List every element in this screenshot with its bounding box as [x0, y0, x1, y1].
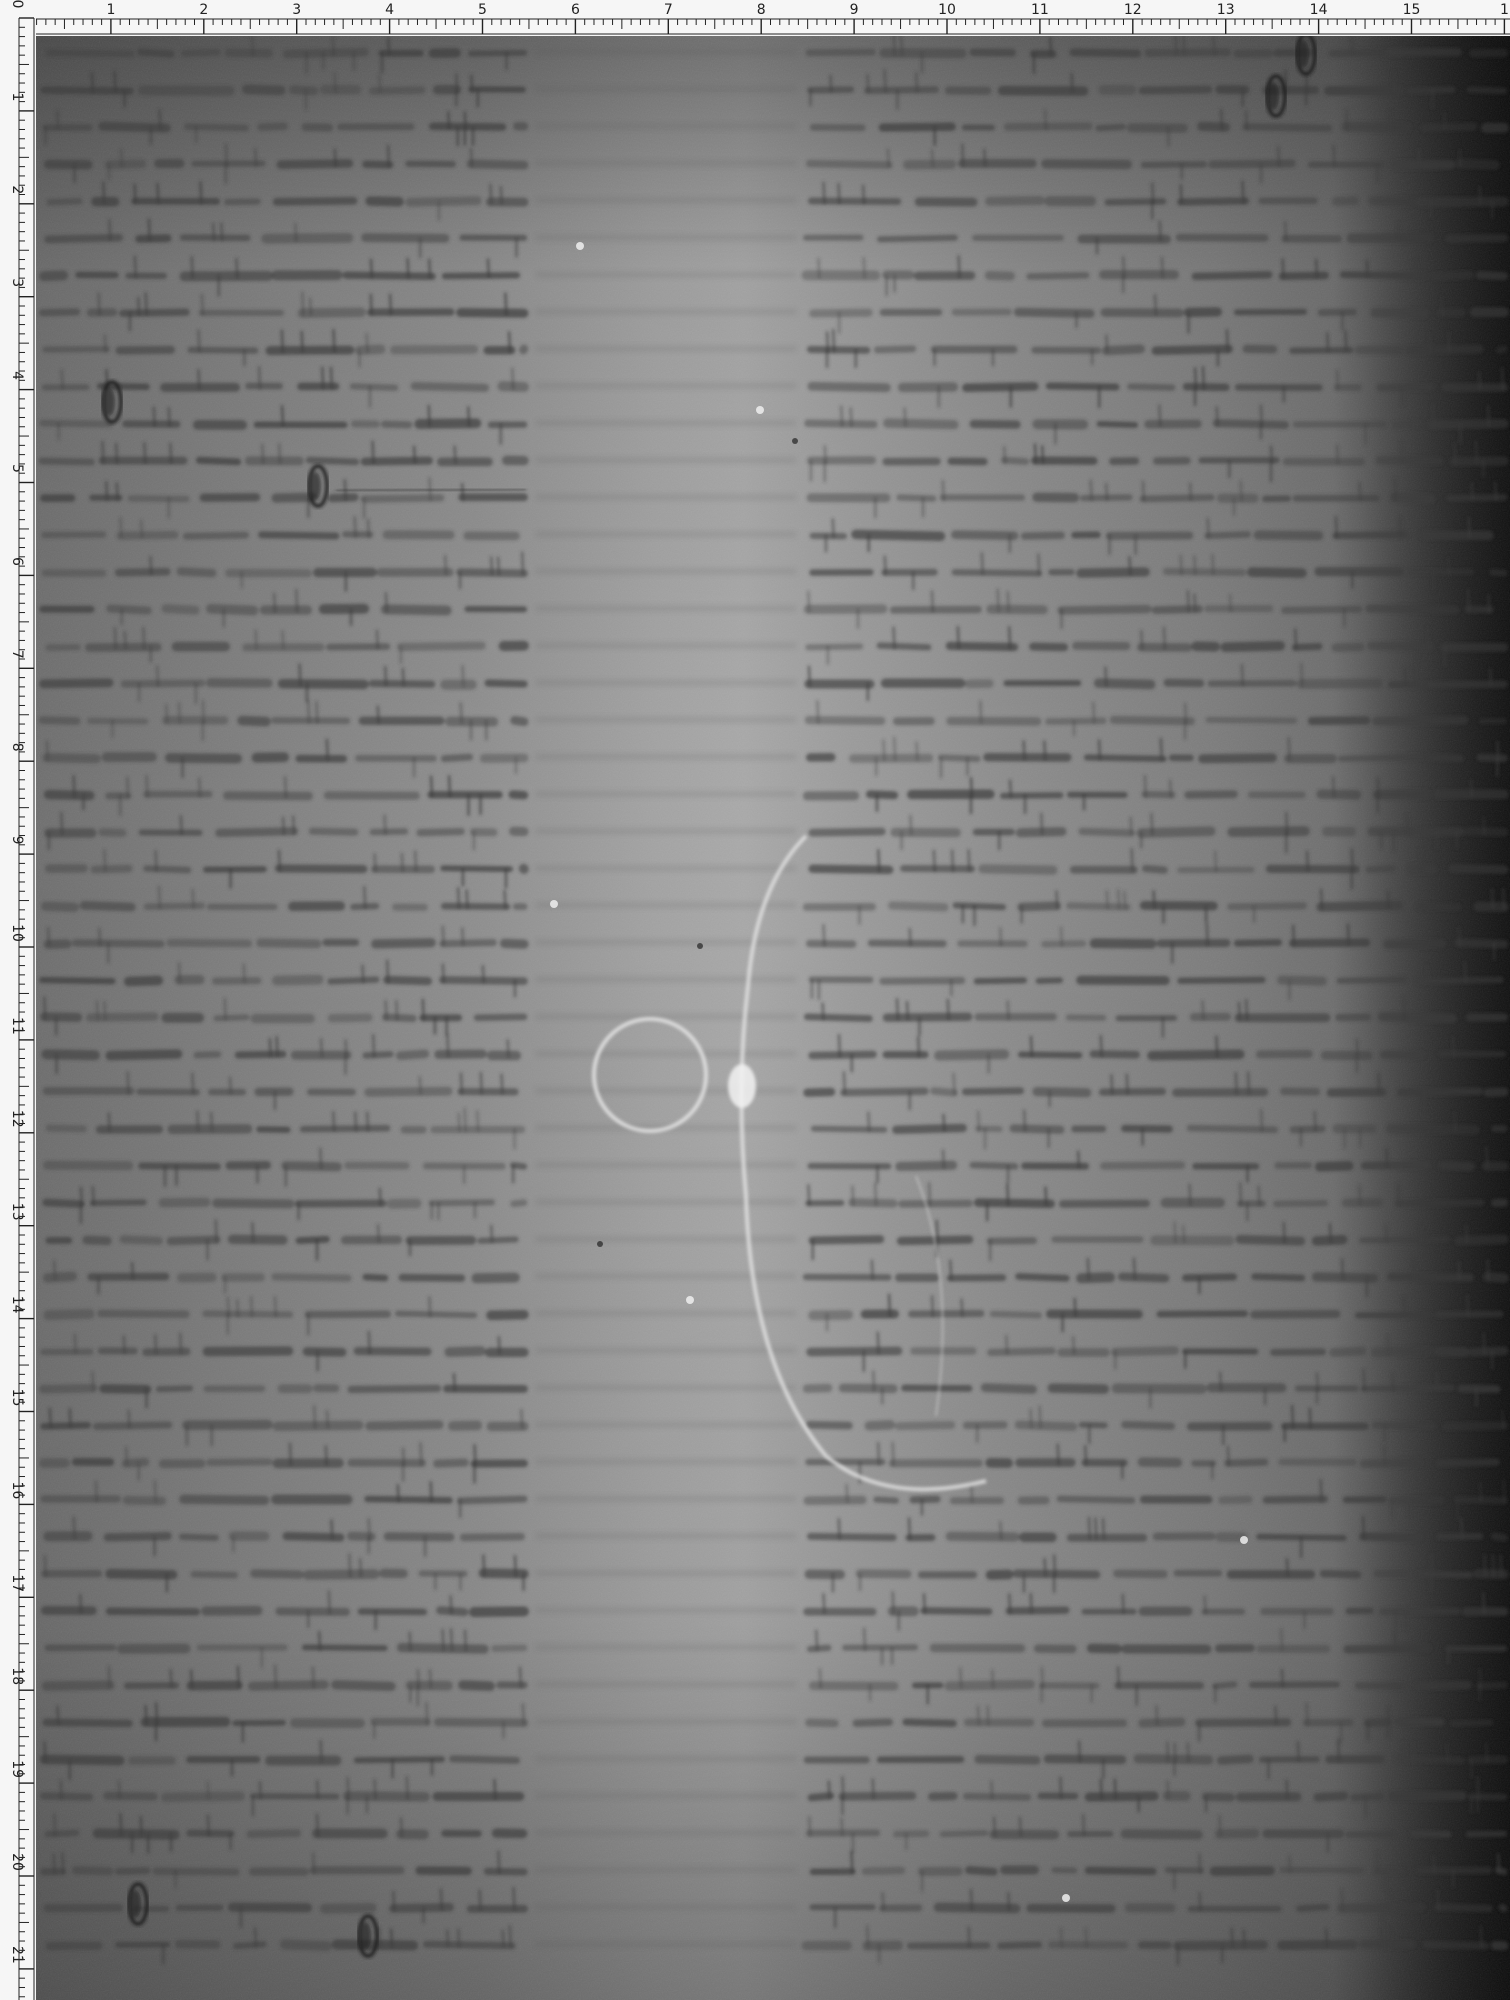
- ruler-label: 0: [9, 0, 25, 8]
- ruler-label: 5: [9, 464, 25, 473]
- ruler-label: 14: [9, 1296, 25, 1314]
- ruler-label: 14: [1310, 2, 1328, 18]
- ruler-label: 2: [199, 2, 208, 18]
- manuscript-scan: [36, 36, 1510, 2000]
- speck: [1062, 1894, 1070, 1902]
- ruler-label: 8: [757, 2, 766, 18]
- ruler-label: 1: [9, 92, 25, 101]
- manuscript-image: [36, 36, 1510, 2000]
- ruler-label: 13: [1217, 2, 1235, 18]
- ruler-label: 16: [9, 1481, 25, 1499]
- ruler-label: 17: [9, 1574, 25, 1592]
- ruler-label: 19: [9, 1760, 25, 1778]
- ruler-label: 8: [9, 743, 25, 752]
- ruler-label: 2: [9, 185, 25, 194]
- ruler-label: 5: [478, 2, 487, 18]
- ruler-label: 6: [571, 2, 580, 18]
- ruler-label: 3: [9, 278, 25, 287]
- speck: [597, 1241, 603, 1247]
- ruler-label: 7: [664, 2, 673, 18]
- vertical-ruler-ticks: 0123456789101112131415161718192021: [0, 0, 36, 2000]
- speck: [792, 438, 798, 444]
- ruler-label: 11: [1031, 2, 1049, 18]
- ruler-label: 15: [1403, 2, 1421, 18]
- vertical-ruler: 0123456789101112131415161718192021: [0, 0, 36, 2000]
- ruler-label: 11: [9, 1017, 25, 1035]
- ruler-label: 3: [292, 2, 301, 18]
- ruler-label: 10: [9, 924, 25, 942]
- ruler-label: 4: [385, 2, 394, 18]
- ruler-label: 20: [9, 1853, 25, 1871]
- horizontal-ruler: 01234567891011121314151: [0, 0, 1510, 36]
- speck: [576, 242, 584, 250]
- ruler-label: 12: [9, 1110, 25, 1128]
- speck: [756, 406, 764, 414]
- speck: [686, 1296, 694, 1304]
- ruler-label: 18: [9, 1667, 25, 1685]
- ruler-label: 9: [850, 2, 859, 18]
- ruler-label: 6: [9, 557, 25, 566]
- ruler-label: 4: [9, 371, 25, 380]
- ruler-label: 9: [9, 836, 25, 845]
- ruler-label: 13: [9, 1203, 25, 1221]
- horizontal-ruler-ticks: 01234567891011121314151: [0, 0, 1510, 36]
- ruler-label: 21: [9, 1946, 25, 1964]
- speck: [697, 943, 703, 949]
- speck: [550, 900, 558, 908]
- speck: [1240, 1536, 1248, 1544]
- ruler-label: 15: [9, 1389, 25, 1407]
- ruler-label: 1: [1500, 2, 1509, 18]
- ruler-label: 1: [106, 2, 115, 18]
- ruler-label: 12: [1124, 2, 1142, 18]
- ruler-label: 10: [938, 2, 956, 18]
- ruler-label: 7: [9, 650, 25, 659]
